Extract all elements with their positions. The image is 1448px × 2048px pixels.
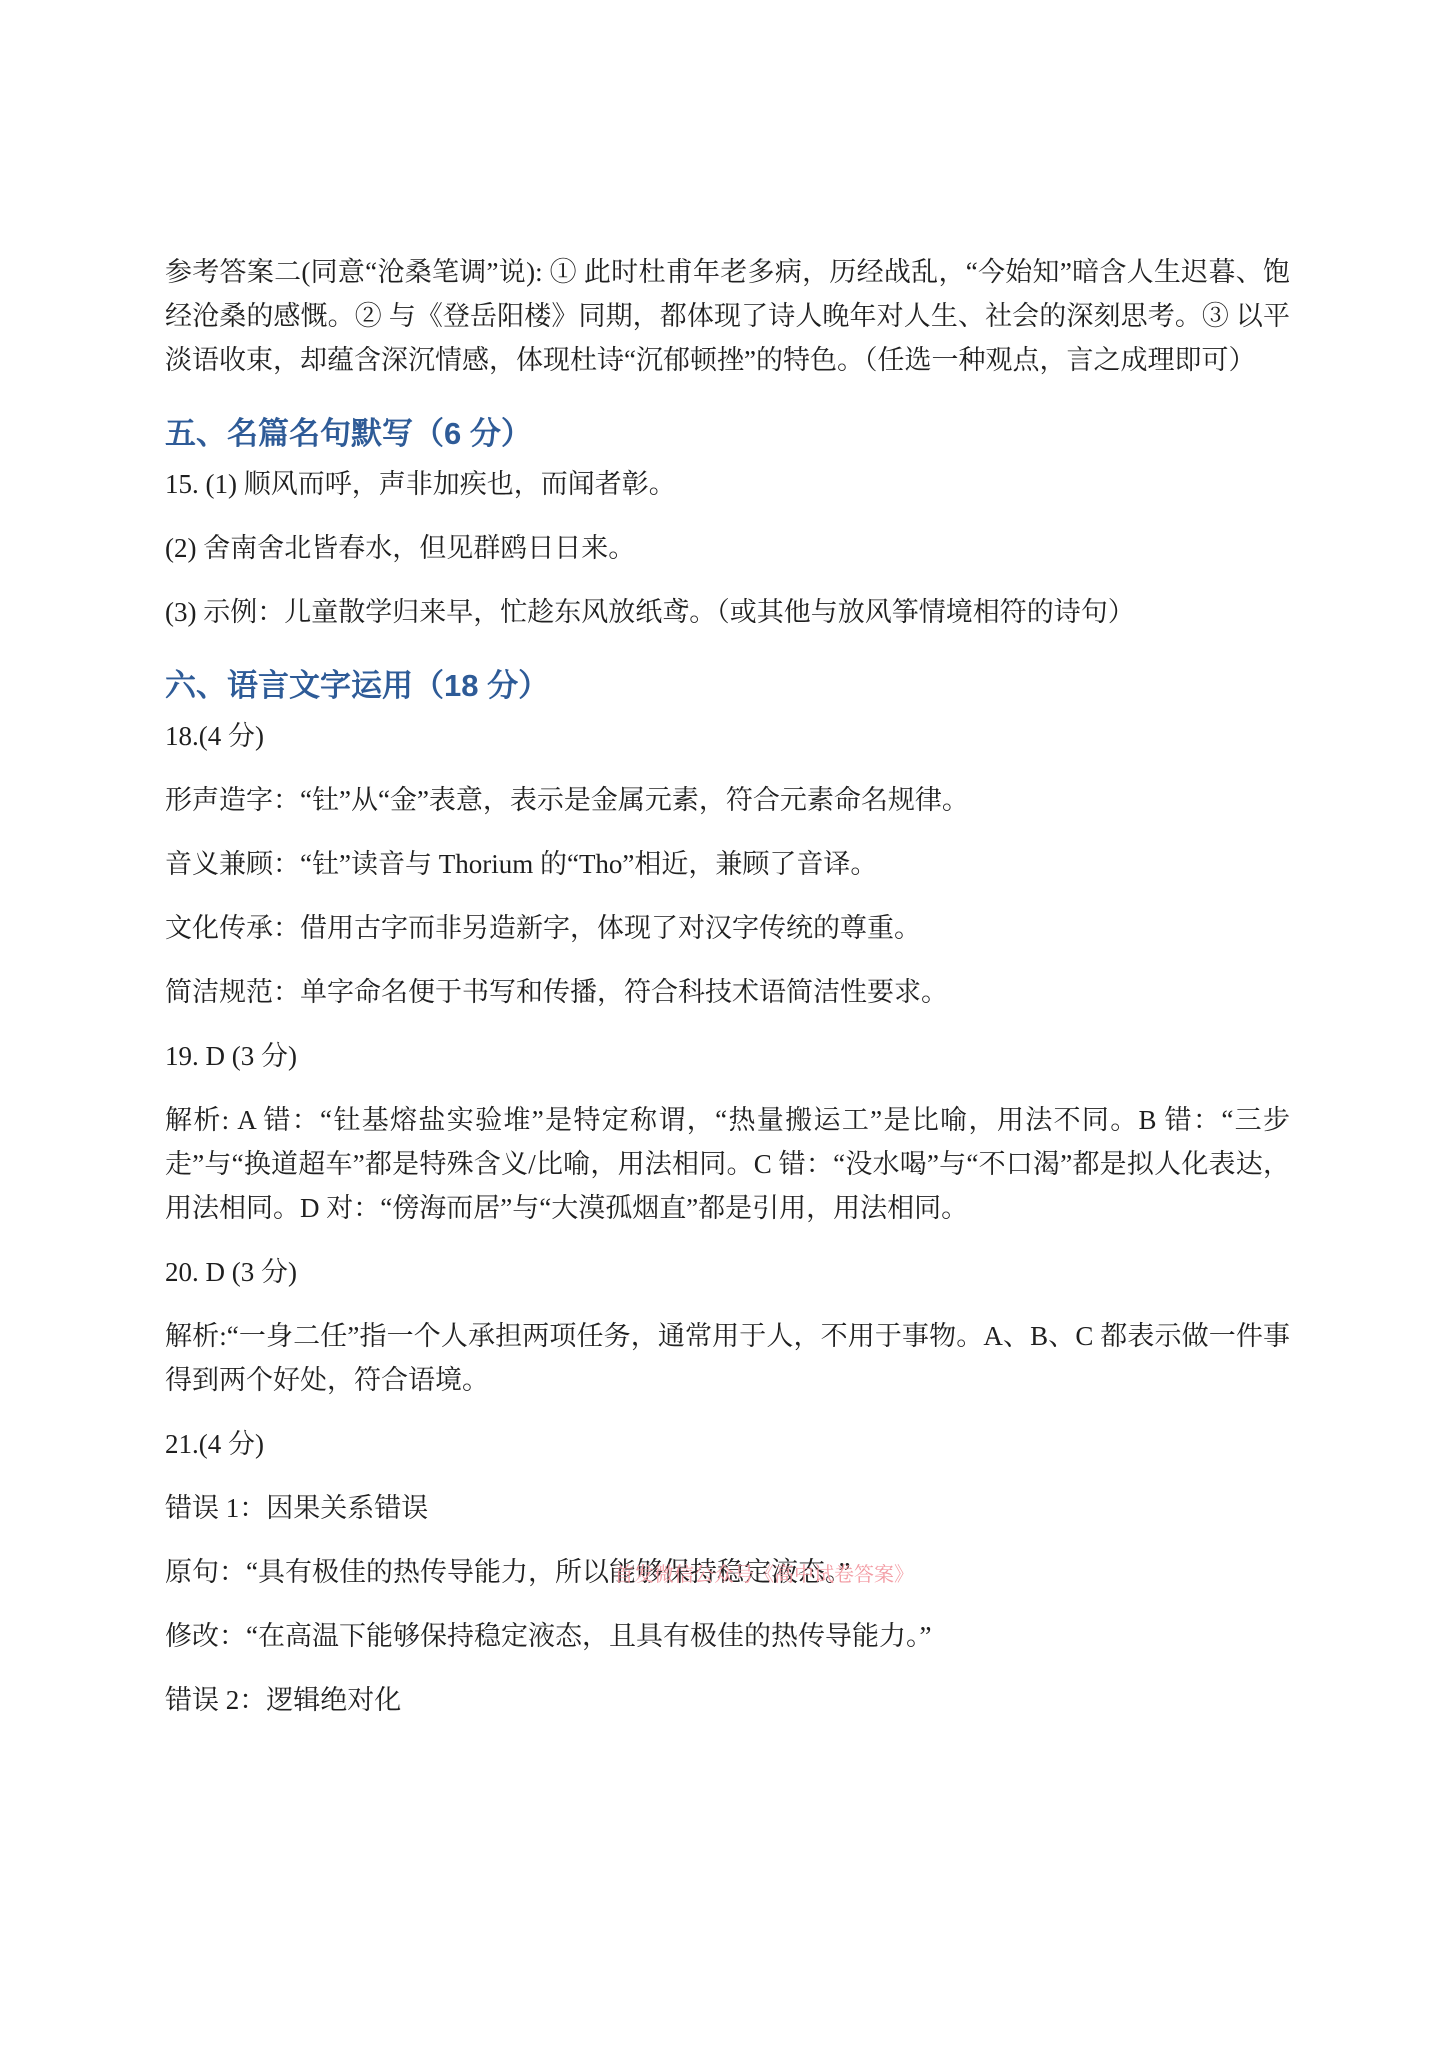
q21-label: 21.(4 分) [165, 1422, 1290, 1466]
q20-analysis: 解析:“一身二任”指一个人承担两项任务，通常用于人，不用于事物。A、B、C 都表… [165, 1314, 1290, 1402]
section-5-heading: 五、名篇名句默写（6 分） [165, 410, 1290, 458]
section-6-heading: 六、语言文字运用（18 分） [165, 662, 1290, 710]
q14-answer2-paragraph: 参考答案二(同意“沧桑笔调”说): ① 此时杜甫年老多病，历经战乱，“今始知”暗… [165, 250, 1290, 382]
q15-line-1: 15. (1) 顺风而呼，声非加疾也，而闻者彰。 [165, 462, 1290, 506]
q21-error1: 错误 1：因果关系错误 [165, 1486, 1290, 1530]
q18-point-1: 形声造字：“钍”从“金”表意，表示是金属元素，符合元素命名规律。 [165, 778, 1290, 822]
watermark-text: 首发微信公众号《高中试卷答案》 [614, 1564, 914, 1586]
q15-line-2: (2) 舍南舍北皆春水，但见群鸥日日来。 [165, 526, 1290, 570]
q15-line-3: (3) 示例：儿童散学归来早，忙趁东风放纸鸢。（或其他与放风筝情境相符的诗句） [165, 590, 1290, 634]
q21-revised-sentence: 修改：“在高温下能够保持稳定液态，且具有极佳的热传导能力。” [165, 1614, 1290, 1658]
q18-point-4: 简洁规范：单字命名便于书写和传播，符合科技术语简洁性要求。 [165, 970, 1290, 1014]
q18-label: 18.(4 分) [165, 714, 1290, 758]
q18-point-2: 音义兼顾：“钍”读音与 Thorium 的“Tho”相近，兼顾了音译。 [165, 842, 1290, 886]
q21-error2: 错误 2：逻辑绝对化 [165, 1678, 1290, 1722]
document-page: 参考答案二(同意“沧桑笔调”说): ① 此时杜甫年老多病，历经战乱，“今始知”暗… [0, 0, 1448, 2048]
q18-point-3: 文化传承：借用古字而非另造新字，体现了对汉字传统的尊重。 [165, 906, 1290, 950]
q20-answer: 20. D (3 分) [165, 1250, 1290, 1294]
q19-analysis: 解析: A 错：“钍基熔盐实验堆”是特定称谓，“热量搬运工”是比喻，用法不同。B… [165, 1098, 1290, 1230]
q19-answer: 19. D (3 分) [165, 1034, 1290, 1078]
